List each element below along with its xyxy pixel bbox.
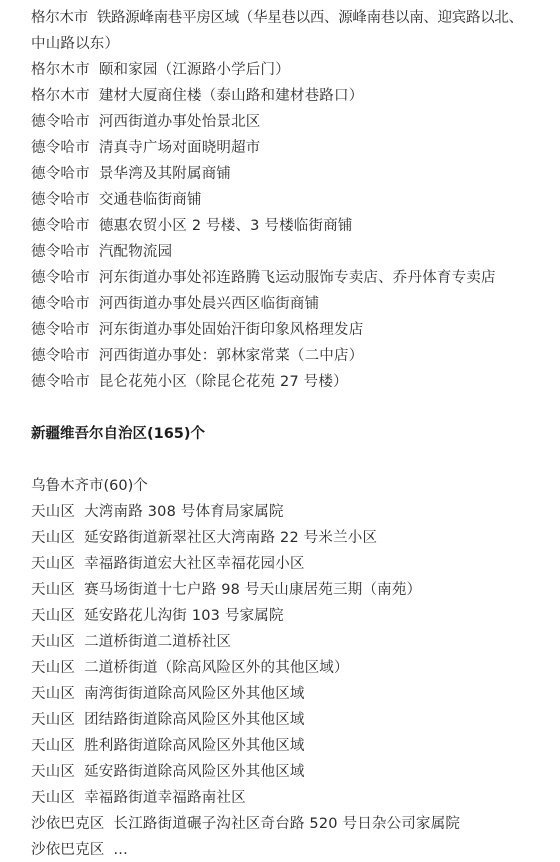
place-name: 天山区 <box>31 738 75 754</box>
place-detail: 二道桥街道（除高风险区外的其他区域） <box>84 660 349 676</box>
place-name: 天山区 <box>31 582 75 598</box>
list-item: 天山区延安路街道新翠社区大湾南路 22 号米兰小区 <box>31 525 551 551</box>
place-detail: 建材大厦商住楼（泰山路和建材巷路口） <box>99 88 364 104</box>
place-name: 德令哈市 <box>31 244 90 260</box>
place-name: 格尔木市 <box>31 10 88 26</box>
list-item: 天山区幸福路街道宏大社区幸福花园小区 <box>31 551 551 577</box>
list-item: 天山区延安路花儿沟街 103 号家属院 <box>31 603 551 629</box>
place-name: 天山区 <box>31 530 75 546</box>
place-detail: 南湾街街道除高风险区外其他区域 <box>84 686 305 702</box>
place-name: 天山区 <box>31 790 75 806</box>
place-name: 德令哈市 <box>31 140 90 156</box>
list-item: 格尔木市铁路源峰南巷平房区域（华星巷以西、源峰南巷以南、迎宾路以北、 <box>31 5 551 31</box>
list-item: 德令哈市清真寺广场对面晓明超市 <box>31 135 551 161</box>
place-name: 格尔木市 <box>31 62 90 78</box>
list-item: 天山区胜利路街道除高风险区外其他区域 <box>31 733 551 759</box>
list-item-continuation: 中山路以东） <box>31 31 551 57</box>
place-name: 沙依巴克区 <box>31 816 105 832</box>
place-name: 德令哈市 <box>31 114 90 130</box>
place-detail: 幸福路街道幸福路南社区 <box>84 790 246 806</box>
list-item: 德令哈市汽配物流园 <box>31 239 551 265</box>
place-detail: 二道桥街道二道桥社区 <box>84 634 231 650</box>
place-detail: 颐和家园（江源路小学后门） <box>99 62 290 78</box>
list-item: 德令哈市景华湾及其附属商铺 <box>31 161 551 187</box>
place-detail: ... <box>114 842 128 858</box>
list-item: 天山区二道桥街道（除高风险区外的其他区域） <box>31 655 551 681</box>
place-detail: 河西街道办事处晨兴西区临街商铺 <box>99 296 320 312</box>
place-detail: 赛马场街道十七户路 98 号天山康居苑三期（南苑） <box>84 582 421 598</box>
place-name: 德令哈市 <box>31 374 90 390</box>
place-name: 沙依巴克区 <box>31 842 105 858</box>
place-detail: 清真寺广场对面晓明超市 <box>99 140 261 156</box>
place-detail: 景华湾及其附属商铺 <box>99 166 231 182</box>
list-item: 沙依巴克区长江路街道碾子沟社区奇台路 520 号日杂公司家属院 <box>31 811 551 837</box>
list-item: 天山区大湾南路 308 号体育局家属院 <box>31 499 551 525</box>
place-detail: 幸福路街道宏大社区幸福花园小区 <box>84 556 305 572</box>
list-item-partial: 沙依巴克区... <box>31 837 551 862</box>
place-detail: 德惠农贸小区 2 号楼、3 号楼临街商铺 <box>99 218 353 234</box>
list-item: 德令哈市河东街道办事处固始汗街印象风格理发店 <box>31 317 551 343</box>
place-detail: 河西街道办事处怡景北区 <box>99 114 261 130</box>
place-name: 天山区 <box>31 504 75 520</box>
place-name: 德令哈市 <box>31 296 90 312</box>
document-body: 格尔木市铁路源峰南巷平房区域（华星巷以西、源峰南巷以南、迎宾路以北、 中山路以东… <box>31 5 551 862</box>
list-item: 格尔木市颐和家园（江源路小学后门） <box>31 57 551 83</box>
place-detail: 延安路街道除高风险区外其他区域 <box>84 764 305 780</box>
place-detail: 昆仑花苑小区（除昆仑花苑 27 号楼） <box>99 374 348 390</box>
place-name: 德令哈市 <box>31 218 90 234</box>
place-detail: 河西街道办事处：郭林家常菜（二中店） <box>99 348 364 364</box>
list-item: 天山区南湾街街道除高风险区外其他区域 <box>31 681 551 707</box>
place-name: 德令哈市 <box>31 166 90 182</box>
place-name: 天山区 <box>31 608 75 624</box>
list-item: 德令哈市河西街道办事处晨兴西区临街商铺 <box>31 291 551 317</box>
place-name: 格尔木市 <box>31 88 90 104</box>
place-detail: 铁路源峰南巷平房区域（华星巷以西、源峰南巷以南、迎宾路以北、 <box>97 10 523 26</box>
place-detail: 河东街道办事处祁连路腾飞运动服饰专卖店、乔丹体育专卖店 <box>99 270 496 286</box>
list-item: 天山区团结路街道除高风险区外其他区域 <box>31 707 551 733</box>
list-item: 德令哈市德惠农贸小区 2 号楼、3 号楼临街商铺 <box>31 213 551 239</box>
list-item: 天山区赛马场街道十七户路 98 号天山康居苑三期（南苑） <box>31 577 551 603</box>
blank-line <box>31 395 551 421</box>
place-name: 天山区 <box>31 764 75 780</box>
list-item: 天山区幸福路街道幸福路南社区 <box>31 785 551 811</box>
place-name: 天山区 <box>31 556 75 572</box>
place-name: 天山区 <box>31 660 75 676</box>
place-detail: 河东街道办事处固始汗街印象风格理发店 <box>99 322 364 338</box>
place-name: 德令哈市 <box>31 322 90 338</box>
place-detail: 大湾南路 308 号体育局家属院 <box>84 504 284 520</box>
region-heading: 新疆维吾尔自治区(165)个 <box>31 421 551 447</box>
place-name: 德令哈市 <box>31 348 90 364</box>
place-name: 天山区 <box>31 634 75 650</box>
place-name: 德令哈市 <box>31 270 90 286</box>
place-detail: 胜利路街道除高风险区外其他区域 <box>84 738 305 754</box>
list-item: 德令哈市河东街道办事处祁连路腾飞运动服饰专卖店、乔丹体育专卖店 <box>31 265 551 291</box>
place-detail: 延安路街道新翠社区大湾南路 22 号米兰小区 <box>84 530 377 546</box>
list-item: 德令哈市河西街道办事处怡景北区 <box>31 109 551 135</box>
place-detail: 中山路以东） <box>31 36 119 52</box>
place-detail: 延安路花儿沟街 103 号家属院 <box>84 608 284 624</box>
list-item: 德令哈市交通巷临街商铺 <box>31 187 551 213</box>
city-heading: 乌鲁木齐市(60)个 <box>31 473 551 499</box>
place-name: 天山区 <box>31 712 75 728</box>
list-item: 德令哈市昆仑花苑小区（除昆仑花苑 27 号楼） <box>31 369 551 395</box>
place-detail: 汽配物流园 <box>99 244 173 260</box>
blank-line <box>31 447 551 473</box>
place-name: 德令哈市 <box>31 192 90 208</box>
place-detail: 长江路街道碾子沟社区奇台路 520 号日杂公司家属院 <box>114 816 461 832</box>
place-detail: 交通巷临街商铺 <box>99 192 202 208</box>
place-detail: 团结路街道除高风险区外其他区域 <box>84 712 305 728</box>
list-item: 天山区二道桥街道二道桥社区 <box>31 629 551 655</box>
list-item: 天山区延安路街道除高风险区外其他区域 <box>31 759 551 785</box>
list-item: 格尔木市建材大厦商住楼（泰山路和建材巷路口） <box>31 83 551 109</box>
list-item: 德令哈市河西街道办事处：郭林家常菜（二中店） <box>31 343 551 369</box>
place-name: 天山区 <box>31 686 75 702</box>
